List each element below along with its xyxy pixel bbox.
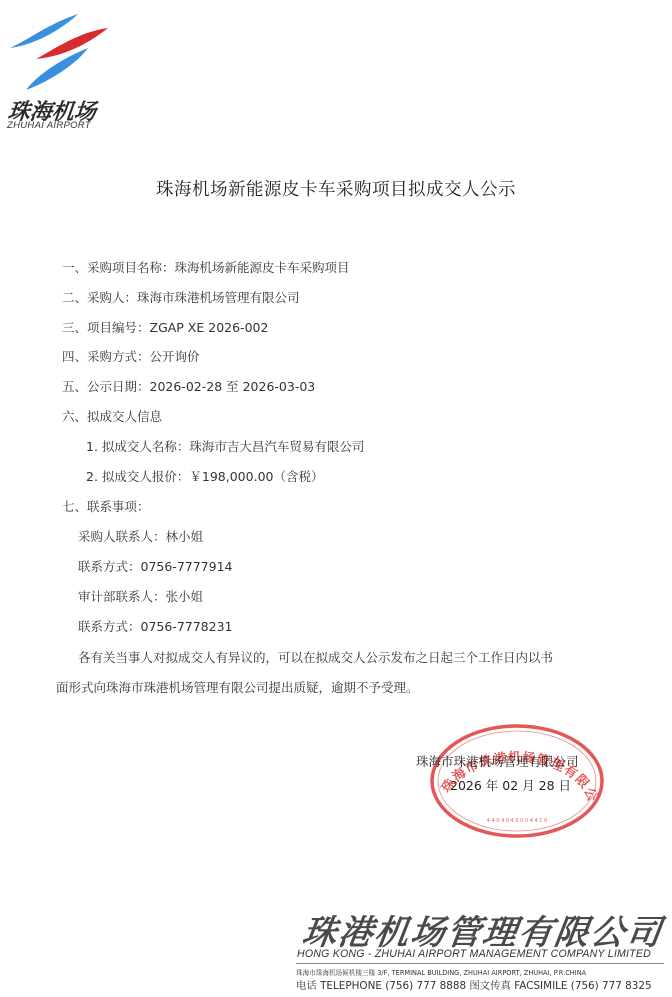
footer-company-chinese: 珠港机场管理有限公司	[300, 905, 667, 954]
footer-divider	[296, 963, 664, 964]
signature-date: 2026 年 02 月 28 日	[450, 776, 571, 794]
item-publicity-date: 五、公示日期：2026-02-28 至 2026-03-03	[62, 377, 315, 395]
logo-english-name: ZHUHAI AIRPORT	[7, 120, 91, 131]
item-project-number: 三、项目编号：ZGAP XE 2026-002	[62, 318, 268, 336]
logo-swoosh-icon	[8, 10, 108, 92]
footer-contact: 电话 TELEPHONE (756) 777 8888 图文传真 FACSIMI…	[296, 977, 652, 992]
item-winner-name: 1. 拟成交人名称：珠海市吉大昌汽车贸易有限公司	[86, 437, 364, 455]
zhuhai-airport-logo: 珠海机场 ZHUHAI AIRPORT	[0, 0, 130, 140]
purchaser-contact-person: 采购人联系人：林小姐	[78, 527, 203, 545]
item-project-name: 一、采购项目名称：珠海机场新能源皮卡车采购项目	[62, 258, 350, 276]
item-procurement-method: 四、采购方式：公开询价	[62, 347, 200, 365]
item-winner-info-heading: 六、拟成交人信息	[62, 407, 162, 425]
objection-notice-line-1: 各有关当事人对拟成交人有异议的，可以在拟成交人公示发布之日起三个工作日内以书	[78, 648, 553, 666]
footer-company-english: HONG KONG - ZHUHAI AIRPORT MANAGEMENT CO…	[297, 948, 651, 960]
svg-text:4 4 0 4 0 4 0 0 0 4 4 1 0: 4 4 0 4 0 4 0 0 0 4 4 1 0	[487, 818, 547, 824]
footer-address: 珠海市珠海机场候机楼三楼 3/F, TERMINAL BUILDING, ZHU…	[296, 967, 586, 977]
purchaser-contact-phone: 联系方式：0756-7777914	[78, 557, 233, 575]
objection-notice-line-2: 面形式向珠海市珠港机场管理有限公司提出质疑，逾期不予受理。	[56, 678, 419, 696]
audit-contact-phone: 联系方式：0756-7778231	[78, 617, 233, 635]
audit-contact-person: 审计部联系人：张小姐	[78, 587, 203, 605]
document-title: 珠海机场新能源皮卡车采购项目拟成交人公示	[0, 176, 672, 201]
item-contact-heading: 七、联系事项：	[62, 497, 150, 515]
signature-company: 珠海市珠港机场管理有限公司	[416, 752, 579, 770]
item-purchaser: 二、采购人：珠海市珠港机场管理有限公司	[62, 288, 300, 306]
item-winner-price: 2. 拟成交人报价：￥198,000.00（含税）	[86, 467, 323, 485]
